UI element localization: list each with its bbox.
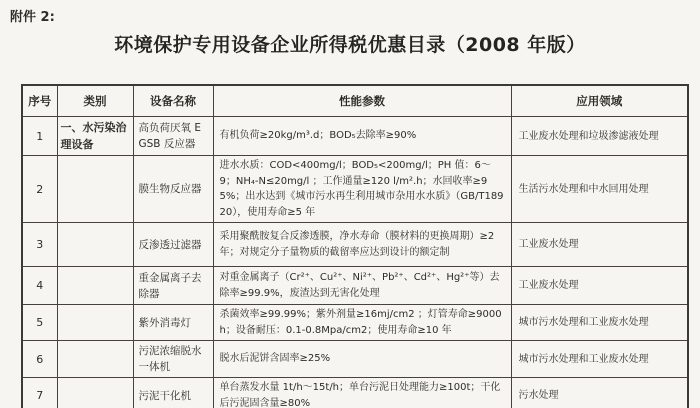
table-row: 5 紫外消毒灯 杀菌效率≥99.99%；紫外剂量≥16mj/cm2 ；灯管寿命≥…: [22, 305, 688, 341]
cell-params: 采用聚酰胺复合反渗透膜，净水寿命（膜材料的更换周期）≥2 年；对规定分子量物质的…: [213, 223, 511, 267]
cell-no: 2: [22, 156, 57, 223]
cell-category: [57, 156, 133, 223]
cell-category: [57, 378, 133, 408]
table-row: 3 反渗透过滤器 采用聚酰胺复合反渗透膜，净水寿命（膜材料的更换周期）≥2 年；…: [22, 223, 688, 267]
cell-device: 高负荷厌氧 EGSB 反应器: [133, 117, 213, 156]
cell-device: 污泥干化机: [133, 378, 213, 408]
header-params: 性能参数: [213, 85, 511, 117]
attachment-label: 附件 2:: [10, 6, 55, 25]
table-row: 6 污泥浓缩脱水一体机 脱水后泥饼含固率≥25% 城市污水处理和工业废水处理: [22, 341, 688, 378]
table-row: 2 膜生物反应器 进水水质：COD<400mg/l；BOD₅<200mg/l；P…: [22, 156, 688, 223]
equipment-catalog-table: 序号 类别 设备名称 性能参数 应用领域 1 一、水污染治理设备 高负荷厌氧 E…: [21, 84, 689, 408]
header-category: 类别: [57, 85, 133, 117]
cell-params: 杀菌效率≥99.99%；紫外剂量≥16mj/cm2 ；灯管寿命≥9000h；设备…: [213, 305, 511, 341]
header-field: 应用领域: [511, 85, 688, 117]
cell-params: 进水水质：COD<400mg/l；BOD₅<200mg/l；PH 值：6～9；N…: [213, 156, 511, 223]
cell-category: [57, 267, 133, 305]
header-no: 序号: [22, 85, 57, 117]
table-header-row: 序号 类别 设备名称 性能参数 应用领域: [22, 85, 688, 117]
cell-device: 反渗透过滤器: [133, 223, 213, 267]
cell-params: 脱水后泥饼含固率≥25%: [213, 341, 511, 378]
cell-params: 对重金属离子（Cr²⁺、Cu²⁺、Ni²⁺、Pb²⁺、Cd²⁺、Hg²⁺等）去除…: [213, 267, 511, 305]
cell-category: [57, 341, 133, 378]
cell-params: 单台蒸发水量 1t/h～15t/h；单台污泥日处理能力≥100t；干化后污泥固含…: [213, 378, 511, 408]
cell-field: 污水处理: [511, 378, 688, 408]
cell-device: 重金属离子去除器: [133, 267, 213, 305]
cell-params: 有机负荷≥20kg/m³.d；BOD₅去除率≥90%: [213, 117, 511, 156]
page-title: 环境保护专用设备企业所得税优惠目录（2008 年版）: [0, 30, 700, 57]
cell-device: 污泥浓缩脱水一体机: [133, 341, 213, 378]
cell-category: [57, 223, 133, 267]
cell-field: 城市污水处理和工业废水处理: [511, 341, 688, 378]
table-row: 4 重金属离子去除器 对重金属离子（Cr²⁺、Cu²⁺、Ni²⁺、Pb²⁺、Cd…: [22, 267, 688, 305]
cell-device: 紫外消毒灯: [133, 305, 213, 341]
cell-field: 工业废水处理: [511, 267, 688, 305]
table-row: 1 一、水污染治理设备 高负荷厌氧 EGSB 反应器 有机负荷≥20kg/m³.…: [22, 117, 688, 156]
cell-device: 膜生物反应器: [133, 156, 213, 223]
cell-no: 1: [22, 117, 57, 156]
cell-no: 7: [22, 378, 57, 408]
cell-field: 工业废水处理: [511, 223, 688, 267]
cell-no: 5: [22, 305, 57, 341]
header-device: 设备名称: [133, 85, 213, 117]
cell-category: [57, 305, 133, 341]
cell-no: 4: [22, 267, 57, 305]
cell-no: 3: [22, 223, 57, 267]
table-row: 7 污泥干化机 单台蒸发水量 1t/h～15t/h；单台污泥日处理能力≥100t…: [22, 378, 688, 408]
cell-field: 生活污水处理和中水回用处理: [511, 156, 688, 223]
cell-field: 城市污水处理和工业废水处理: [511, 305, 688, 341]
cell-no: 6: [22, 341, 57, 378]
cell-category: 一、水污染治理设备: [57, 117, 133, 156]
scanned-document-page: { "page": { "attachment_label": "附件 2:",…: [0, 0, 700, 408]
cell-field: 工业废水处理和垃圾渗滤液处理: [511, 117, 688, 156]
